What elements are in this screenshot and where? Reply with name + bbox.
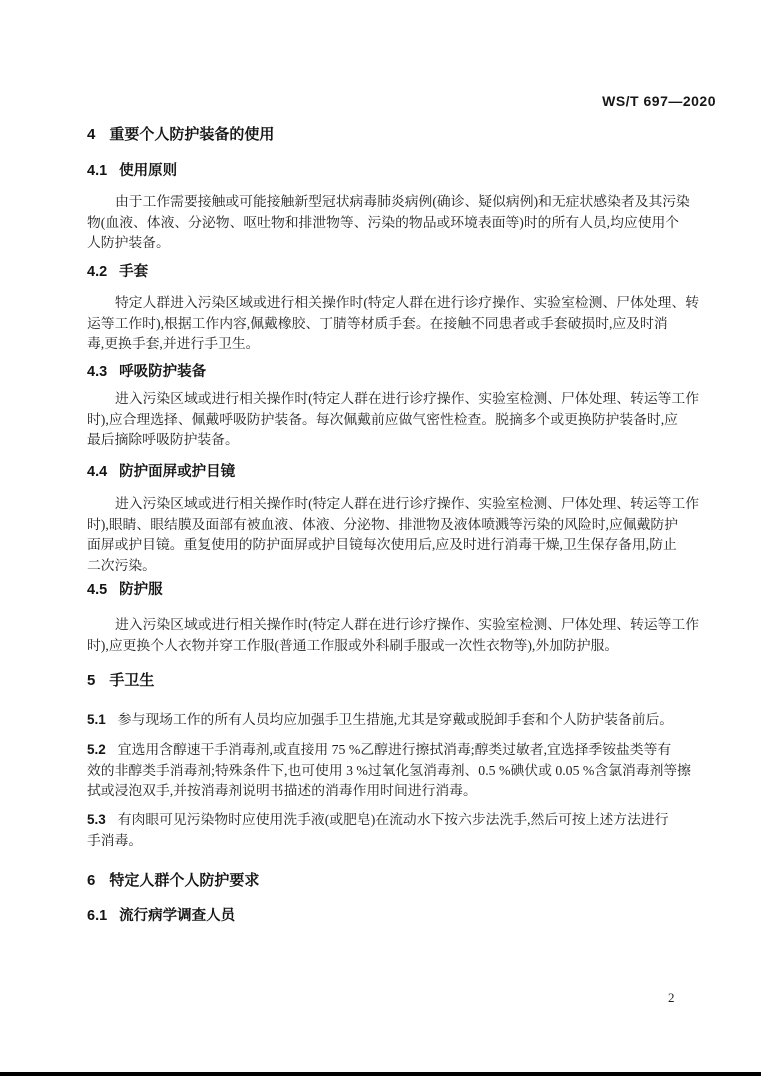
clause-number: 5.1 bbox=[87, 712, 106, 727]
text-line: 物(血液、体液、分泌物、呕吐物和排泄物等、污染的物品或环境表面等)时的所有人员,… bbox=[87, 213, 690, 234]
subsection-title: 手套 bbox=[119, 264, 148, 280]
subsection-number: 4.2 bbox=[87, 264, 107, 280]
subsection-title: 防护服 bbox=[119, 582, 163, 598]
text-line: 效的非醇类手消毒剂;特殊条件下,也可使用 3 %过氧化氢消毒剂、0.5 %碘伏或… bbox=[87, 761, 691, 782]
clause-5-2: 5.2宜选用含醇速干手消毒剂,或直接用 75 %乙醇进行擦拭消毒;醇类过敏者,宜… bbox=[87, 740, 691, 802]
clause-number: 5.2 bbox=[87, 742, 106, 757]
subsection-number: 4.3 bbox=[87, 364, 107, 380]
standard-number: WS/T 697—2020 bbox=[602, 93, 716, 109]
text-line: 人防护装备。 bbox=[87, 233, 690, 254]
page-number: 2 bbox=[668, 990, 675, 1006]
text-line: 时),应合理选择、佩戴呼吸防护装备。每次佩戴前应做气密性检查。脱摘多个或更换防护… bbox=[87, 410, 699, 431]
paragraph-4-2: 特定人群进入污染区域或进行相关操作时(特定人群在进行诊疗操作、实验室检测、尸体处… bbox=[87, 293, 699, 355]
text-line: 毒,更换手套,并进行手卫生。 bbox=[87, 334, 699, 355]
section-number: 6 bbox=[87, 872, 95, 889]
subsection-title: 防护面屏或护目镜 bbox=[119, 464, 235, 480]
section-number: 4 bbox=[87, 126, 95, 143]
subsection-number: 6.1 bbox=[87, 908, 107, 924]
text-line: 宜选用含醇速干手消毒剂,或直接用 75 %乙醇进行擦拭消毒;醇类过敏者,宜选择季… bbox=[118, 742, 671, 757]
clause-5-1: 5.1参与现场工作的所有人员均应加强手卫生措施,尤其是穿戴或脱卸手套和个人防护装… bbox=[87, 710, 673, 731]
subsection-number: 4.1 bbox=[87, 163, 107, 179]
section-title: 手卫生 bbox=[109, 672, 154, 689]
subsection-heading-4-3: 4.3呼吸防护装备 bbox=[87, 364, 206, 381]
text-line: 时),应更换个人衣物并穿工作服(普通工作服或外科刷手服或一次性衣物等),外加防护… bbox=[87, 636, 699, 657]
subsection-heading-4-5: 4.5防护服 bbox=[87, 582, 163, 599]
text-line: 进入污染区域或进行相关操作时(特定人群在进行诊疗操作、实验室检测、尸体处理、转运… bbox=[87, 389, 699, 410]
section-number: 5 bbox=[87, 672, 95, 689]
text-line: 由于工作需要接触或可能接触新型冠状病毒肺炎病例(确诊、疑似病例)和无症状感染者及… bbox=[87, 192, 690, 213]
text-line: 二次污染。 bbox=[87, 556, 699, 577]
text-line: 参与现场工作的所有人员均应加强手卫生措施,尤其是穿戴或脱卸手套和个人防护装备前后… bbox=[118, 712, 673, 727]
document-page: WS/T 697—2020 4重要个人防护装备的使用 4.1使用原则 由于工作需… bbox=[0, 0, 761, 1080]
bottom-rule-divider bbox=[0, 1072, 761, 1076]
section-heading-4: 4重要个人防护装备的使用 bbox=[87, 126, 274, 143]
text-line: 拭或浸泡双手,并按消毒剂说明书描述的消毒作用时间进行消毒。 bbox=[87, 781, 691, 802]
paragraph-4-1: 由于工作需要接触或可能接触新型冠状病毒肺炎病例(确诊、疑似病例)和无症状感染者及… bbox=[87, 192, 690, 254]
clause-number: 5.3 bbox=[87, 812, 106, 827]
subsection-number: 4.4 bbox=[87, 464, 107, 480]
subsection-heading-4-4: 4.4防护面屏或护目镜 bbox=[87, 464, 235, 481]
paragraph-4-5: 进入污染区域或进行相关操作时(特定人群在进行诊疗操作、实验室检测、尸体处理、转运… bbox=[87, 615, 699, 656]
subsection-title: 流行病学调查人员 bbox=[119, 908, 235, 924]
subsection-heading-4-2: 4.2手套 bbox=[87, 264, 148, 281]
text-line: 最后摘除呼吸防护装备。 bbox=[87, 430, 699, 451]
subsection-title: 使用原则 bbox=[119, 163, 177, 179]
text-line: 时),眼睛、眼结膜及面部有被血液、体液、分泌物、排泄物及液体喷溅等污染的风险时,… bbox=[87, 515, 699, 536]
section-heading-6: 6特定人群个人防护要求 bbox=[87, 872, 259, 889]
subsection-heading-4-1: 4.1使用原则 bbox=[87, 163, 177, 180]
subsection-title: 呼吸防护装备 bbox=[119, 364, 206, 380]
subsection-heading-6-1: 6.1流行病学调查人员 bbox=[87, 908, 235, 925]
paragraph-4-4: 进入污染区域或进行相关操作时(特定人群在进行诊疗操作、实验室检测、尸体处理、转运… bbox=[87, 494, 699, 576]
text-line: 进入污染区域或进行相关操作时(特定人群在进行诊疗操作、实验室检测、尸体处理、转运… bbox=[87, 494, 699, 515]
paragraph-4-3: 进入污染区域或进行相关操作时(特定人群在进行诊疗操作、实验室检测、尸体处理、转运… bbox=[87, 389, 699, 451]
text-line: 面屏或护目镜。重复使用的防护面屏或护目镜每次使用后,应及时进行消毒干燥,卫生保存… bbox=[87, 535, 699, 556]
section-title: 重要个人防护装备的使用 bbox=[109, 126, 274, 143]
section-title: 特定人群个人防护要求 bbox=[109, 872, 259, 889]
text-line: 手消毒。 bbox=[87, 831, 669, 852]
subsection-number: 4.5 bbox=[87, 582, 107, 598]
section-heading-5: 5手卫生 bbox=[87, 672, 154, 689]
text-line: 有肉眼可见污染物时应使用洗手液(或肥皂)在流动水下按六步法洗手,然后可按上述方法… bbox=[118, 812, 669, 827]
clause-5-3: 5.3有肉眼可见污染物时应使用洗手液(或肥皂)在流动水下按六步法洗手,然后可按上… bbox=[87, 810, 669, 851]
text-line: 进入污染区域或进行相关操作时(特定人群在进行诊疗操作、实验室检测、尸体处理、转运… bbox=[87, 615, 699, 636]
text-line: 特定人群进入污染区域或进行相关操作时(特定人群在进行诊疗操作、实验室检测、尸体处… bbox=[87, 293, 699, 314]
text-line: 运等工作时),根据工作内容,佩戴橡胶、丁腈等材质手套。在接触不同患者或手套破损时… bbox=[87, 314, 699, 335]
